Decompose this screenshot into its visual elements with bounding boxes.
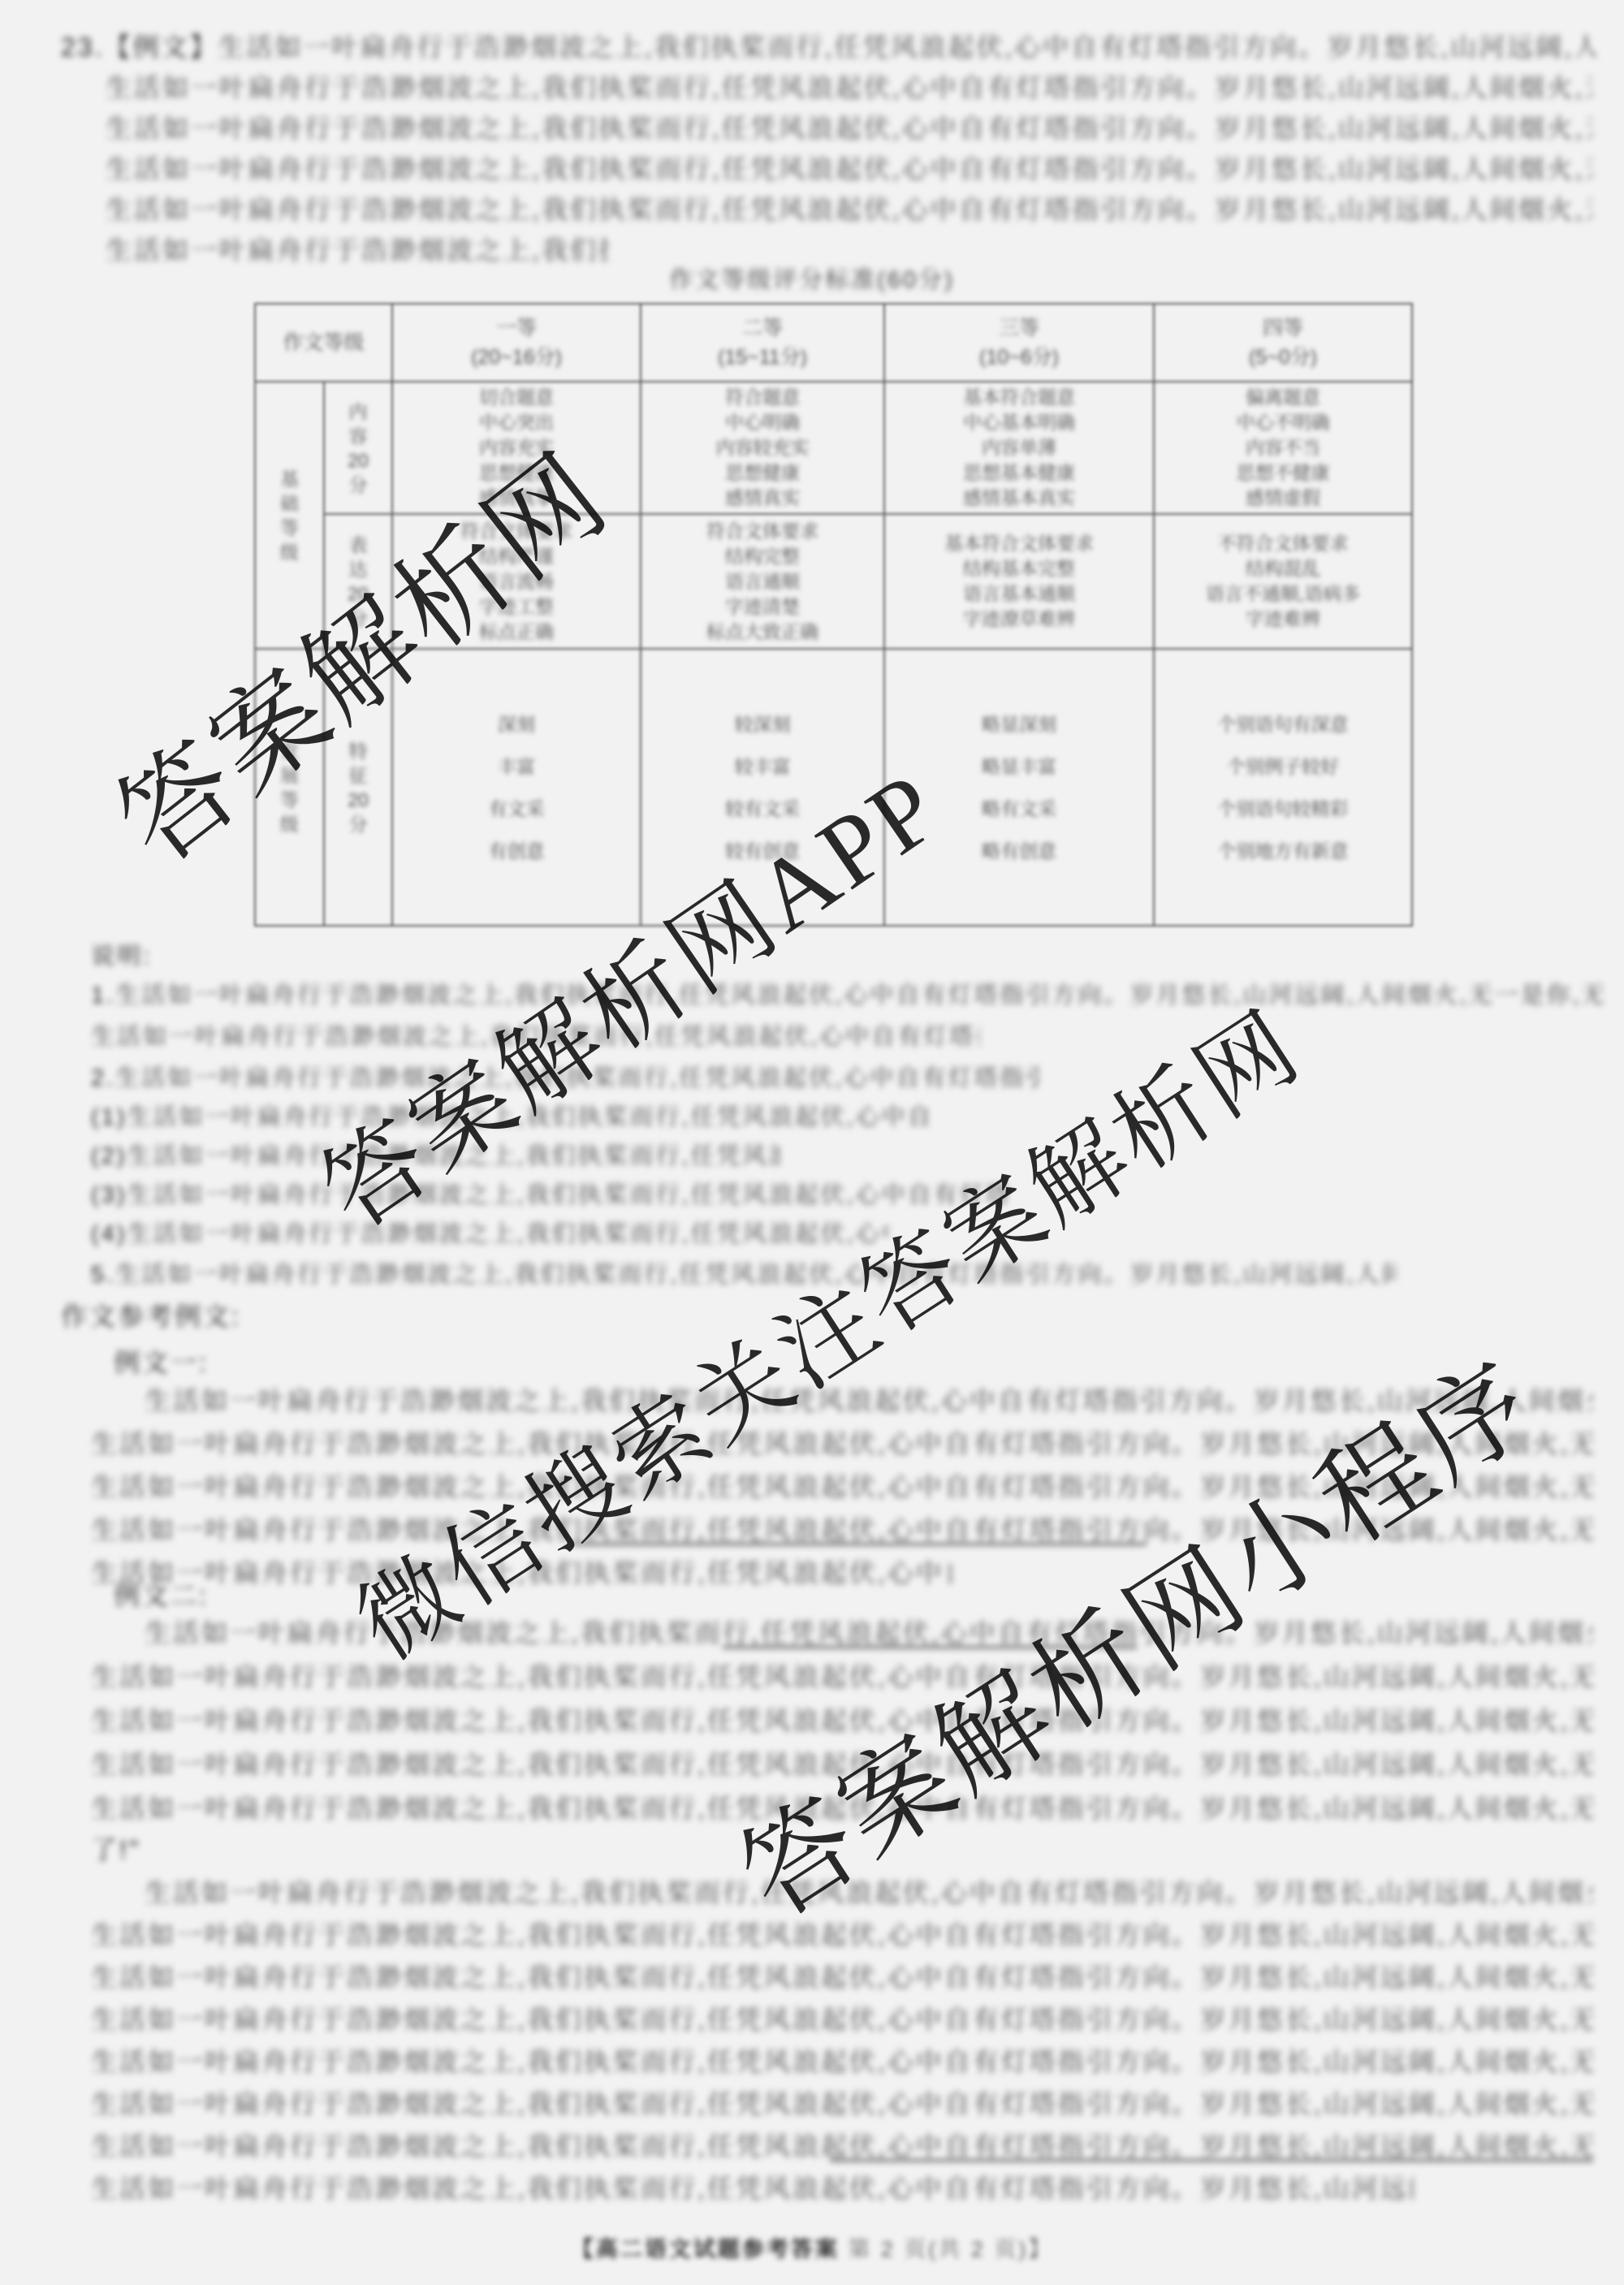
blurred-text-line: 生活如一叶扁舟行于浩渺烟波之上,我们执桨而行,任凭风浪起伏,心中自有灯塔指引方向… <box>91 2001 1593 2038</box>
blurred-text-line: 生活如一叶扁舟行于浩渺烟波之上,我们执桨而行,任凭风浪起伏,心中自有灯塔指引方向… <box>91 1959 1593 1996</box>
blurred-text-line: 生活如一叶扁舟行于浩渺烟波之上,我们执桨而行,任凭风浪起伏,心中自有灯塔指引方向… <box>91 2085 1593 2123</box>
blurred-text-line: 生活如一叶扁舟行于浩渺烟波之上,我们执桨而行,任凭风浪起伏,心中自有灯塔指引方向… <box>91 1425 1593 1462</box>
blurred-text-line: 生活如一叶扁舟行于浩渺烟波之上,我们执桨而行,任凭风浪起伏,心中自有灯塔指引方向… <box>91 2043 1593 2080</box>
blurred-text-line: 生活如一叶扁舟行于浩渺烟波之上,我们执桨而行,任凭风浪起伏,心中自有灯塔指引方向… <box>91 1511 1593 1549</box>
page-footer: 【高二语文试题参考答案 第 2 页(共 2 页)】 <box>0 2231 1624 2263</box>
blurred-text-line: 生活如一叶扁舟行于浩渺烟波之上,我们执桨而行,任凭风浪起伏,心中自有灯塔指引方向… <box>91 1658 1593 1695</box>
footer-page-number: 第 2 页(共 2 页)】 <box>848 2237 1052 2261</box>
blurred-text-line: 生活如一叶扁舟行于浩渺烟波之上,我们执桨而行,任凭风浪起伏,心中自有灯塔指引方向… <box>91 1702 1593 1739</box>
blurred-text-line: 生活如一叶扁舟行于浩渺烟波之上,我们执桨而行,任凭风浪起伏,心中自有灯塔指引方向… <box>91 2170 1415 2207</box>
blurred-text-line: 生活如一叶扁舟行于浩渺烟波之上,我们执桨而行,任凭风浪起伏,心中自有灯塔指引方向… <box>145 1382 1593 1419</box>
blurred-text-line: 生活如一叶扁舟行于浩渺烟波之上,我们执桨而行,任凭风浪起伏,心中自有灯塔指引方向… <box>91 2127 1593 2165</box>
blurred-text-line: 了!" <box>91 1831 172 1868</box>
blurred-text-line: 作文参考例文: <box>61 1298 256 1335</box>
blurred-text-line: 生活如一叶扁舟行于浩渺烟波之上,我们执桨而行,任凭风浪起伏,心中自有灯塔指引方向… <box>145 1874 1593 1911</box>
footer-title: 【高二语文试题参考答案 <box>572 2237 840 2261</box>
blurred-text-line: 生活如一叶扁舟行于浩渺烟波之上,我们执桨而行,任凭风浪起伏,心中自有灯塔指引方向… <box>91 1790 1593 1827</box>
sample-essays-section: 作文参考例文:例文一:生活如一叶扁舟行于浩渺烟波之上,我们执桨而行,任凭风浪起伏… <box>0 0 1624 2285</box>
blurred-text-line: 例文二: <box>114 1577 231 1614</box>
blurred-text-line: 生活如一叶扁舟行于浩渺烟波之上,我们执桨而行,任凭风浪起伏,心中自有灯塔指引方向… <box>91 1746 1593 1783</box>
blurred-text-line: 生活如一叶扁舟行于浩渺烟波之上,我们执桨而行,任凭风浪起伏,心中自有灯塔指引方向… <box>91 1468 1593 1505</box>
blurred-text-line: 生活如一叶扁舟行于浩渺烟波之上,我们执桨而行,任凭风浪起伏,心中自有灯塔指引方向… <box>145 1614 1593 1652</box>
blurred-text-line: 例文一: <box>114 1344 231 1381</box>
blurred-text-line: 生活如一叶扁舟行于浩渺烟波之上,我们执桨而行,任凭风浪起伏,心中自有灯塔指引方向… <box>91 1916 1593 1954</box>
document-page: 23.【例文】生活如一叶扁舟行于浩渺烟波之上,我们执桨而行,任凭风浪起伏,心中自… <box>0 0 1624 2285</box>
